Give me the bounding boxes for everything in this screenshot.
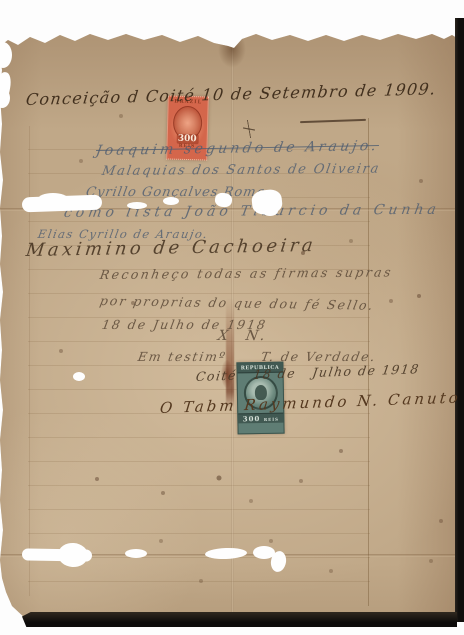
handwriting-attestation-1: Reconheço todas as firmas supras	[99, 264, 394, 282]
tear-hole	[38, 193, 68, 205]
scanner-edge-strip	[455, 18, 464, 622]
paper-bottom-shadow	[22, 612, 457, 627]
tear-hole	[163, 197, 179, 205]
tear-hole	[127, 202, 147, 209]
scanned-document: BRAZIL 300 REIS REPUBLICA 300 REIS Conce…	[0, 0, 464, 635]
stamp-value-band: 300 REIS	[238, 413, 283, 424]
stamp-value: 300	[243, 414, 261, 423]
handwriting-testimony: Em testimº T. de Verdade.	[137, 349, 378, 364]
stamp-unit: REIS	[264, 417, 279, 422]
pen-mark-x	[243, 120, 255, 138]
ink-stain-top-center	[218, 30, 246, 68]
paper-specks	[0, 30, 2, 32]
tear-hole	[73, 372, 85, 381]
tear-hole	[125, 549, 147, 558]
tear-hole	[262, 206, 278, 216]
handwriting-name-2: Malaquias dos Santos de Oliveira	[101, 162, 382, 179]
handwriting-initials: X N.	[217, 328, 269, 344]
